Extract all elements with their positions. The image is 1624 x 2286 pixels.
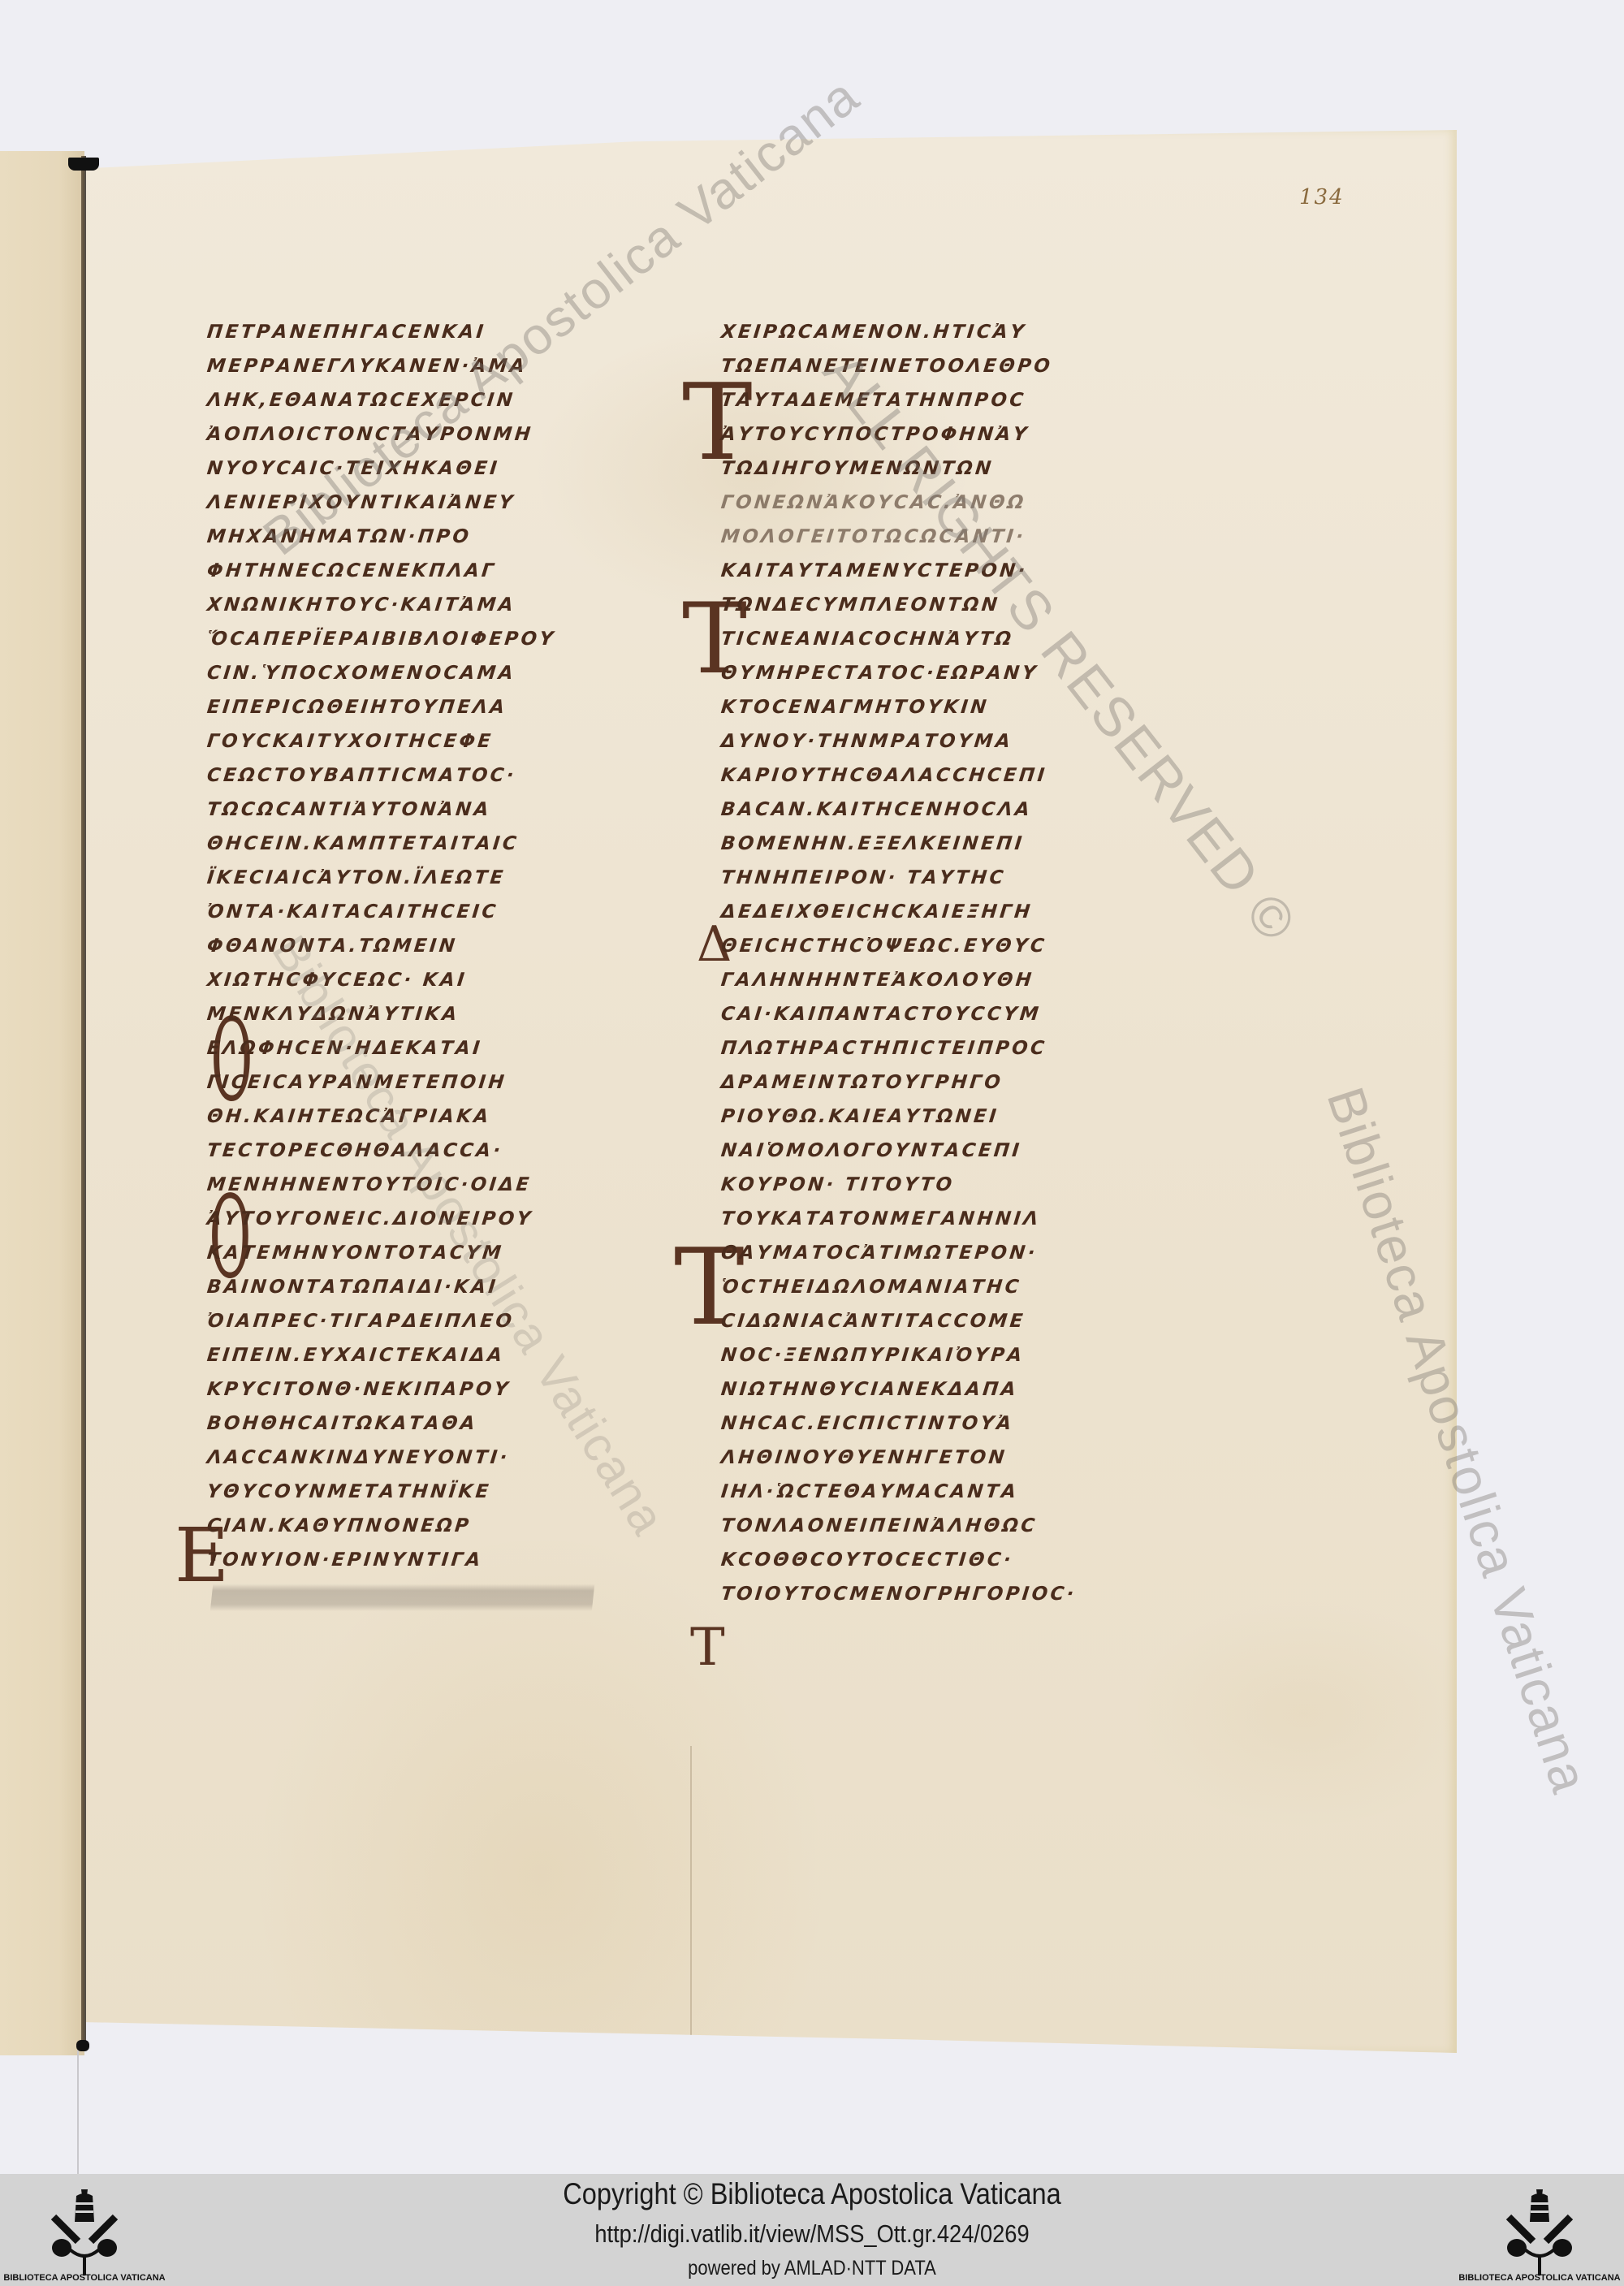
book-gutter — [81, 156, 86, 2048]
text-line: ΚΑΤΕΜΗΝΥΟΝΤΟΤΑϹΥΜ — [205, 1236, 615, 1270]
page-fold-line — [690, 1746, 692, 2176]
papal-arms-icon — [1507, 2189, 1572, 2275]
text-line: ΡΙΟΥΘΩ.ΚΑΙΕΑΥΤΩΝΕΙ — [719, 1100, 1161, 1134]
text-line: ΪΚΕϹΙΑΙϹἈΥΤΟΝ.ΪΛΕΩΤΕ — [205, 861, 615, 895]
text-line: ΦΗΤΗΝΕϹΩϹΕΝΕΚΠΛΑΓ — [205, 554, 615, 588]
svg-text:BIBLIOTECA APOSTOLICA VATICANA: BIBLIOTECA APOSTOLICA VATICANA — [3, 2273, 165, 2282]
text-line: ΥΘΥϹΟΥΝΜΕΤΑΤΗΝΪΚΕ — [205, 1475, 615, 1509]
text-line: ΘΗϹΕΙΝ.ΚΑΜΠΤΕΤΑΙΤΑΙϹ — [205, 827, 615, 861]
text-line: ΚΑΙΤΑΥΤΑΜΕΝΥϹΤΕΡΟΝ· — [719, 554, 1161, 588]
vatican-library-logo-right: BIBLIOTECA APOSTOLICA VATICANA — [1458, 2184, 1621, 2282]
text-line: ΧΙΩΤΗϹΦΥϹΕΩϹ· ΚΑΙ — [205, 963, 615, 997]
text-line: ΘΕΙϹΗϹΤΗϹὈΨΕΩϹ.ΕΥΘΥϹ — [719, 929, 1161, 963]
text-line: ΚΑΡΙΟΥΤΗϹΘΑΛΑϹϹΗϹΕΠΙ — [719, 758, 1161, 793]
text-line: ὍϹΑΠΕΡΪΕΡΑΙΒΙΒΛΟΙΦΕΡΟΥ — [205, 622, 615, 656]
text-line: ΜΕΝΚΛΥΔΩΝἈΥΤΙΚΑ — [205, 997, 615, 1031]
manuscript-viewer: 134 O O Ε Τ Τ Δ Τ Τ ΠΕΤΡΑΝΕΠΗΓΑϹΕΝΚΑΙ ΜΕ… — [0, 0, 1624, 2174]
source-url[interactable]: http://digi.vatlib.it/view/MSS_Ott.gr.42… — [97, 2219, 1527, 2249]
text-line: ὈΝΤΑ·ΚΑΙΤΑϹΑΙΤΗϹΕΙϹ — [205, 895, 615, 929]
text-line: ϹΙΑΝ.ΚΑΘΥΠΝΟΝΕΩΡ — [205, 1509, 615, 1543]
text-line: ΝΗϹΑϹ.ΕΙϹΠΙϹΤΙΝΤΟΥἈ — [719, 1407, 1161, 1441]
text-line: ΛΗΘΙΝΟΥΘΥΕΝΗΓΕΤΟΝ — [719, 1441, 1161, 1475]
vatican-library-logo-left: BIBLIOTECA APOSTOLICA VATICANA — [3, 2184, 166, 2282]
text-line: ΘΑΥΜΑΤΟϹἈΤΙΜΩΤΕΡΟΝ· — [719, 1236, 1161, 1270]
text-line: ΚϹΟΘΘϹΟΥΤΟϹΕϹΤΙΘϹ· — [719, 1543, 1161, 1577]
text-line: ὉϹΤΗΕΙΔΩΛΟΜΑΝΙΑΤΗϹ — [719, 1270, 1161, 1304]
erased-line — [210, 1577, 595, 1611]
facing-page-edge — [0, 151, 84, 2055]
text-line: ΧΝΩΝΙΚΗΤΟΥϹ·ΚΑΙΤἈΜΑ — [205, 588, 615, 622]
text-line: ΒΑΙΝΟΝΤΑΤΩΠΑΙΔΙ·ΚΑΙ — [205, 1270, 615, 1304]
text-line: ϹΙΝ.ὙΠΟϹΧΟΜΕΝΟϹΑΜΑ — [205, 656, 615, 690]
text-line: ΓΟΥϹΚΑΙΤΥΧΟΙΤΗϹΕΦΕ — [205, 724, 615, 758]
text-line: ΕΛΩΦΗϹΕΝ·ΗΔΕΚΑΤΑΙ — [205, 1031, 615, 1065]
text-line: ΠΛΩΤΗΡΑϹΤΗΠΙϹΤΕΙΠΡΟϹ — [719, 1031, 1161, 1065]
copyright-text: Copyright © Biblioteca Apostolica Vatica… — [97, 2177, 1527, 2211]
text-line: ΙΗΛ·ὩϹΤΕΘΑΥΜΑϹΑΝΤΑ — [719, 1475, 1161, 1509]
text-line: ΤΩΝΔΕϹΥΜΠΛΕΟΝΤΩΝ — [719, 588, 1161, 622]
text-line: ϹΙΔΩΝΙΑϹἈΝΤΙΤΑϹϹΟΜΕ — [719, 1304, 1161, 1338]
text-line: ἈΥΤΟΥΓΟΝΕΙϹ.ΔΙΟΝΕΙΡΟΥ — [205, 1202, 615, 1236]
text-line: ΕΙΠΕΡΙϹΩΘΕΙΗΤΟΥΠΕΛΑ — [205, 690, 615, 724]
text-line: ΤΩϹΩϹΑΝΤΙἈΥΤΟΝἈΝΑ — [205, 793, 615, 827]
text-line: ΝΑΙὉΜΟΛΟΓΟΥΝΤΑϹΕΠΙ — [719, 1134, 1161, 1168]
text-line: ΤΩΕΠΑΝΕΤΕΙΝΕΤΟΟΛΕΘΡΟ — [719, 349, 1161, 383]
text-line: ϹΑΙ·ΚΑΙΠΑΝΤΑϹΤΟΥϹϹΥΜ — [719, 997, 1161, 1031]
svg-text:BIBLIOTECA APOSTOLICA VATICANA: BIBLIOTECA APOSTOLICA VATICANA — [1458, 2273, 1620, 2282]
text-line: ΝΙΩΤΗΝΘΥϹΙΑΝΕΚΔΑΠΑ — [719, 1372, 1161, 1407]
text-line: ΔΕΔΕΙΧΘΕΙϹΗϹΚΑΙΕΞΗΓΗ — [719, 895, 1161, 929]
text-line: ϹΕΩϹΤΟΥΒΑΠΤΙϹΜΑΤΟϹ· — [205, 758, 615, 793]
text-line: ΧΕΙΡΩϹΑΜΕΝΟΝ.ΗΤΙϹἈΥ — [719, 315, 1161, 349]
text-line: ΤΗΝΗΠΕΙΡΟΝ· ΤΑΥΤΗϹ — [719, 861, 1161, 895]
text-line: ΒΟΜΕΝΗΝ.ΕΞΕΛΚΕΙΝΕΠΙ — [719, 827, 1161, 861]
papal-arms-icon — [52, 2189, 117, 2275]
text-line: ΔΡΑΜΕΙΝΤΩΤΟΥΓΡΗΓΟ — [719, 1065, 1161, 1100]
text-line: ΤΟΙΟΥΤΟϹΜΕΝΟΓΡΗΓΟΡΙΟϹ· — [719, 1577, 1161, 1611]
text-line: ΛΑϹϹΑΝΚΙΝΔΥΝΕΥΟΝΤΙ· — [205, 1441, 615, 1475]
copyright-footer: Copyright © Biblioteca Apostolica Vatica… — [0, 2174, 1624, 2286]
text-line: ΤΟΝΛΑΟΝΕΙΠΕΙΝἈΛΗΘΩϹ — [719, 1509, 1161, 1543]
initial-tau-4: Τ — [690, 1619, 725, 1676]
text-line: ΚΟΥΡΟΝ· ΤΙΤΟΥΤΟ — [719, 1168, 1161, 1202]
text-line: ΓΑΛΗΝΗΗΝΤΕἈΚΟΛΟΥΘΗ — [719, 963, 1161, 997]
binding-cap-bottom — [76, 2040, 89, 2051]
text-line: ΤΟΥΚΑΤΑΤΟΝΜΕΓΑΝΗΝΙΛ — [719, 1202, 1161, 1236]
text-line: ΝΟϹ·ΞΕΝΩΠΥΡΙΚΑΙὈΥΡΑ — [719, 1338, 1161, 1372]
folio-number: 134 — [1299, 185, 1345, 210]
page-divider — [77, 2050, 79, 2174]
binding-cap-top — [68, 158, 99, 171]
text-line: ΤΑΥΤΑΔΕΜΕΤΑΤΗΝΠΡΟϹ — [719, 383, 1161, 417]
text-line: ΤΟΝΥΙΟΝ·ΕΡΙΝΥΝΤΙΓΑ — [205, 1543, 615, 1577]
powered-by-text: powered by AMLAD·NTT DATA — [97, 2257, 1527, 2280]
text-line: ΒΑϹΑΝ.ΚΑΙΤΗϹΕΝΗΟϹΛΑ — [719, 793, 1161, 827]
